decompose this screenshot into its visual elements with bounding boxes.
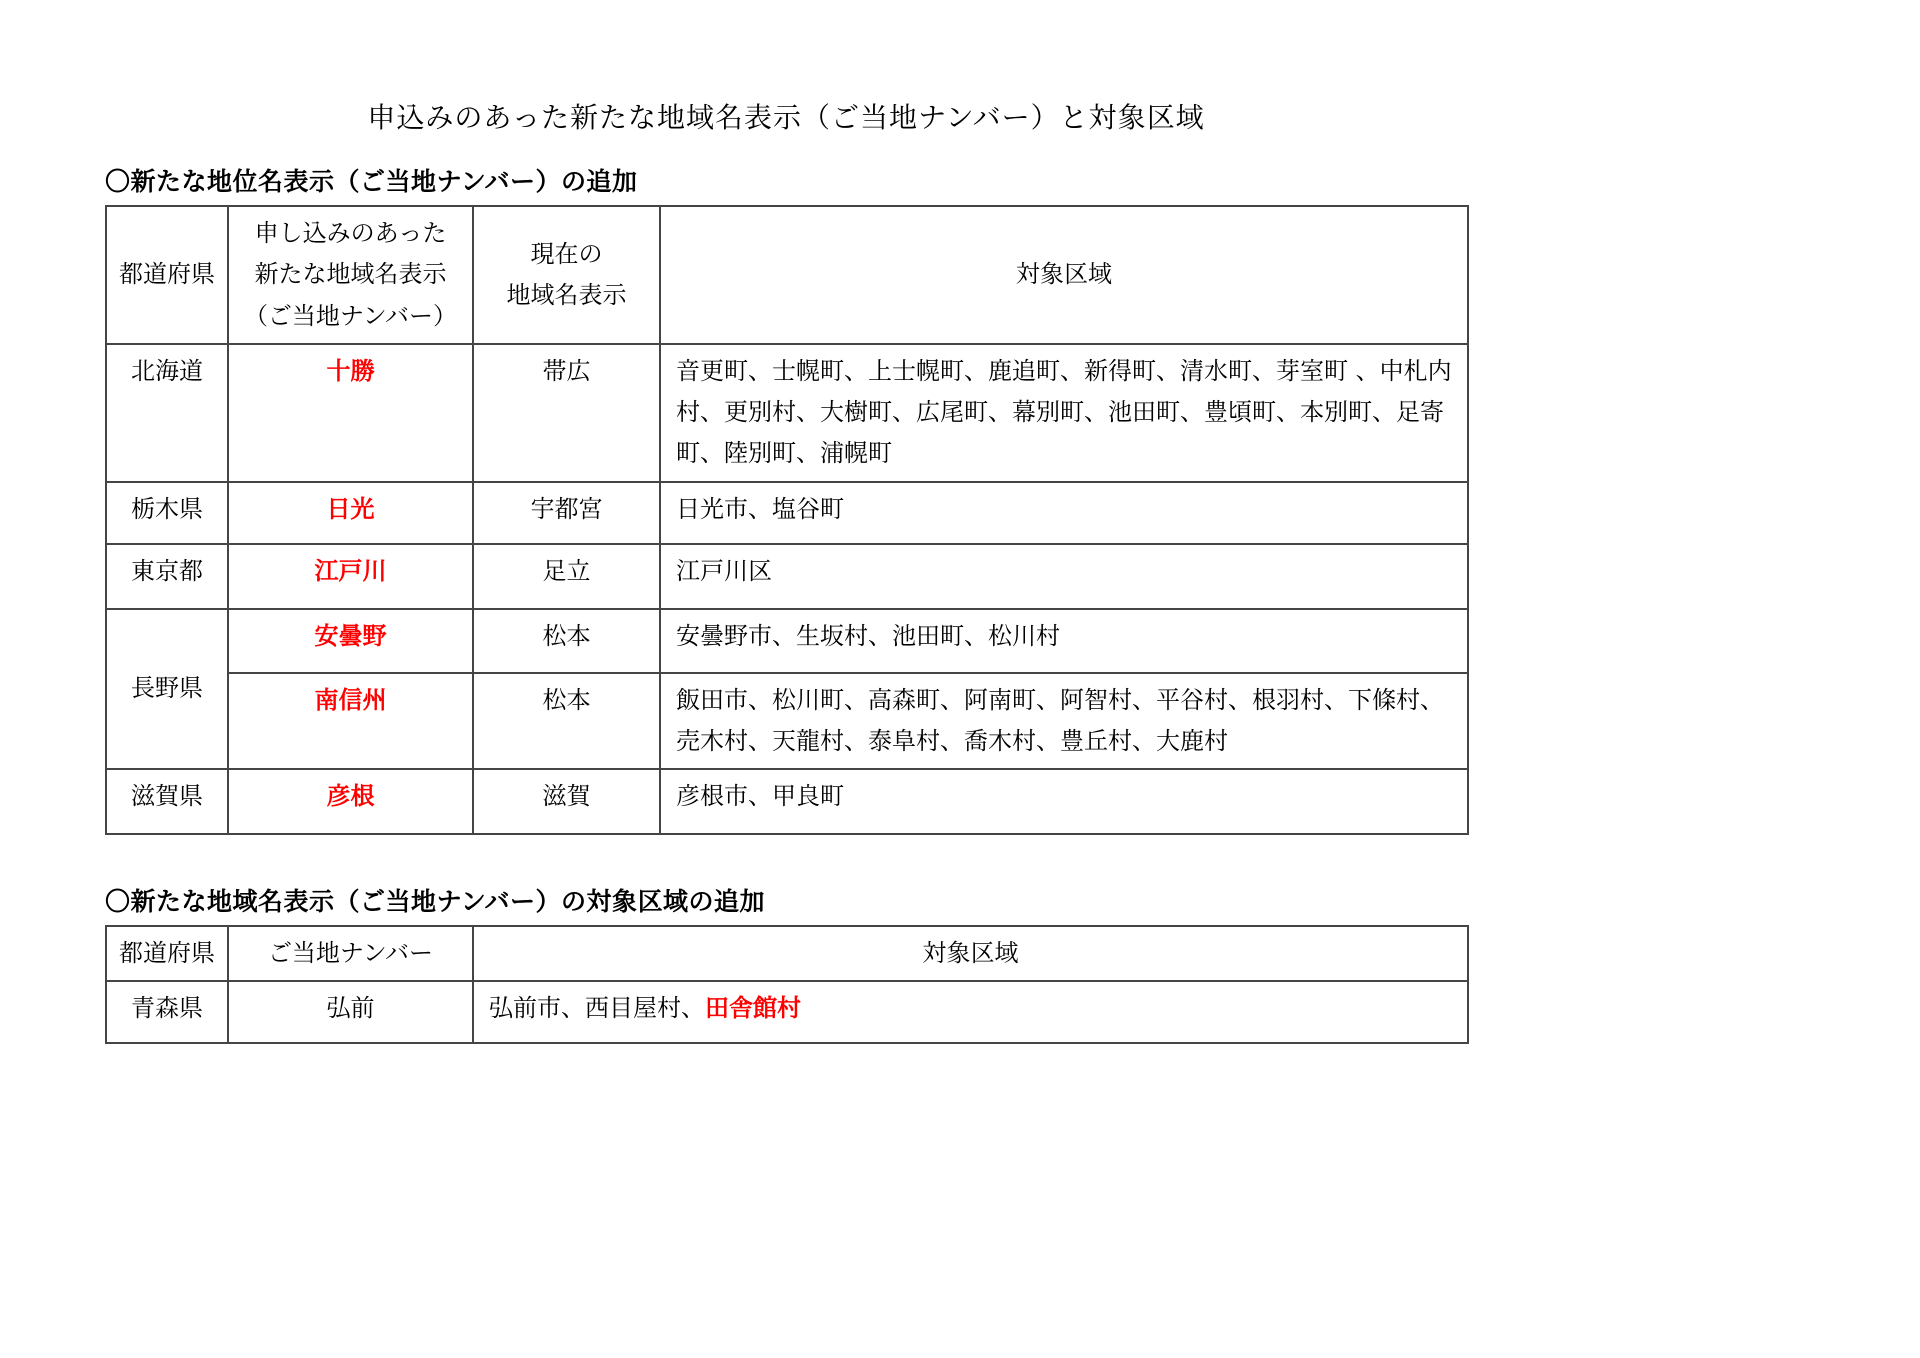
table-row: 栃木県 日光 宇都宮 日光市、塩谷町 (106, 482, 1468, 544)
table-row: 南信州 松本 飯田市、松川町、高森町、阿南町、阿智村、平谷村、根羽村、下條村、売… (106, 673, 1468, 770)
area-cell: 音更町、士幌町、上士幌町、鹿追町、新得町、清水町、芽室町 、中札内村、更別村、大… (660, 344, 1468, 482)
current-name-cell: 滋賀 (473, 769, 660, 834)
area-text: 弘前市、西目屋村、 (489, 994, 705, 1022)
prefecture-cell: 栃木県 (106, 482, 228, 544)
table-row: 北海道 十勝 帯広 音更町、士幌町、上士幌町、鹿追町、新得町、清水町、芽室町 、… (106, 344, 1468, 482)
table-row: 青森県 弘前 弘前市、西目屋村、田舎館村 (106, 981, 1468, 1043)
section1-heading: 〇新たな地位名表示（ご当地ナンバー）の追加 (105, 162, 1467, 198)
new-name-cell: 安曇野 (228, 609, 473, 673)
prefecture-cell: 長野県 (106, 609, 228, 770)
document-page: 申込みのあった新たな地域名表示（ご当地ナンバー）と対象区域 〇新たな地位名表示（… (0, 0, 1920, 1358)
new-name-cell: 江戸川 (228, 544, 473, 609)
section-new-names: 〇新たな地位名表示（ご当地ナンバー）の追加 都道府県 申し込みのあった 新たな地… (105, 162, 1467, 835)
prefecture-cell: 北海道 (106, 344, 228, 482)
current-name-cell: 松本 (473, 609, 660, 673)
new-names-table: 都道府県 申し込みのあった 新たな地域名表示 （ご当地ナンバー） 現在の 地域名… (105, 205, 1469, 835)
header-plate-name: ご当地ナンバー (228, 926, 473, 981)
table-header-row: 都道府県 ご当地ナンバー 対象区域 (106, 926, 1468, 981)
new-name-cell: 南信州 (228, 673, 473, 770)
header-new-name: 申し込みのあった 新たな地域名表示 （ご当地ナンバー） (228, 206, 473, 344)
current-name-cell: 帯広 (473, 344, 660, 482)
document-content: 申込みのあった新たな地域名表示（ご当地ナンバー）と対象区域 〇新たな地位名表示（… (105, 96, 1467, 1044)
header-prefecture: 都道府県 (106, 926, 228, 981)
table-row: 滋賀県 彦根 滋賀 彦根市、甲良町 (106, 769, 1468, 834)
header-prefecture: 都道府県 (106, 206, 228, 344)
new-name-cell: 彦根 (228, 769, 473, 834)
area-cell: 日光市、塩谷町 (660, 482, 1468, 544)
table-row: 長野県 安曇野 松本 安曇野市、生坂村、池田町、松川村 (106, 609, 1468, 673)
header-area: 対象区域 (660, 206, 1468, 344)
table-header-row: 都道府県 申し込みのあった 新たな地域名表示 （ご当地ナンバー） 現在の 地域名… (106, 206, 1468, 344)
current-name-cell: 松本 (473, 673, 660, 770)
prefecture-cell: 東京都 (106, 544, 228, 609)
section-area-additions: 〇新たな地域名表示（ご当地ナンバー）の対象区域の追加 都道府県 ご当地ナンバー … (105, 882, 1467, 1044)
new-name-cell: 十勝 (228, 344, 473, 482)
current-name-cell: 足立 (473, 544, 660, 609)
plate-name-cell: 弘前 (228, 981, 473, 1043)
header-current-name: 現在の 地域名表示 (473, 206, 660, 344)
area-cell: 安曇野市、生坂村、池田町、松川村 (660, 609, 1468, 673)
area-additions-table: 都道府県 ご当地ナンバー 対象区域 青森県 弘前 弘前市、西目屋村、田舎館村 (105, 925, 1469, 1044)
area-cell: 江戸川区 (660, 544, 1468, 609)
current-name-cell: 宇都宮 (473, 482, 660, 544)
area-cell: 弘前市、西目屋村、田舎館村 (473, 981, 1468, 1043)
header-area: 対象区域 (473, 926, 1468, 981)
section2-heading: 〇新たな地域名表示（ご当地ナンバー）の対象区域の追加 (105, 882, 1467, 918)
area-cell: 飯田市、松川町、高森町、阿南町、阿智村、平谷村、根羽村、下條村、売木村、天龍村、… (660, 673, 1468, 770)
area-highlight-text: 田舎館村 (705, 994, 801, 1022)
table-row: 東京都 江戸川 足立 江戸川区 (106, 544, 1468, 609)
area-cell: 彦根市、甲良町 (660, 769, 1468, 834)
prefecture-cell: 滋賀県 (106, 769, 228, 834)
document-title: 申込みのあった新たな地域名表示（ご当地ナンバー）と対象区域 (105, 96, 1467, 136)
prefecture-cell: 青森県 (106, 981, 228, 1043)
new-name-cell: 日光 (228, 482, 473, 544)
